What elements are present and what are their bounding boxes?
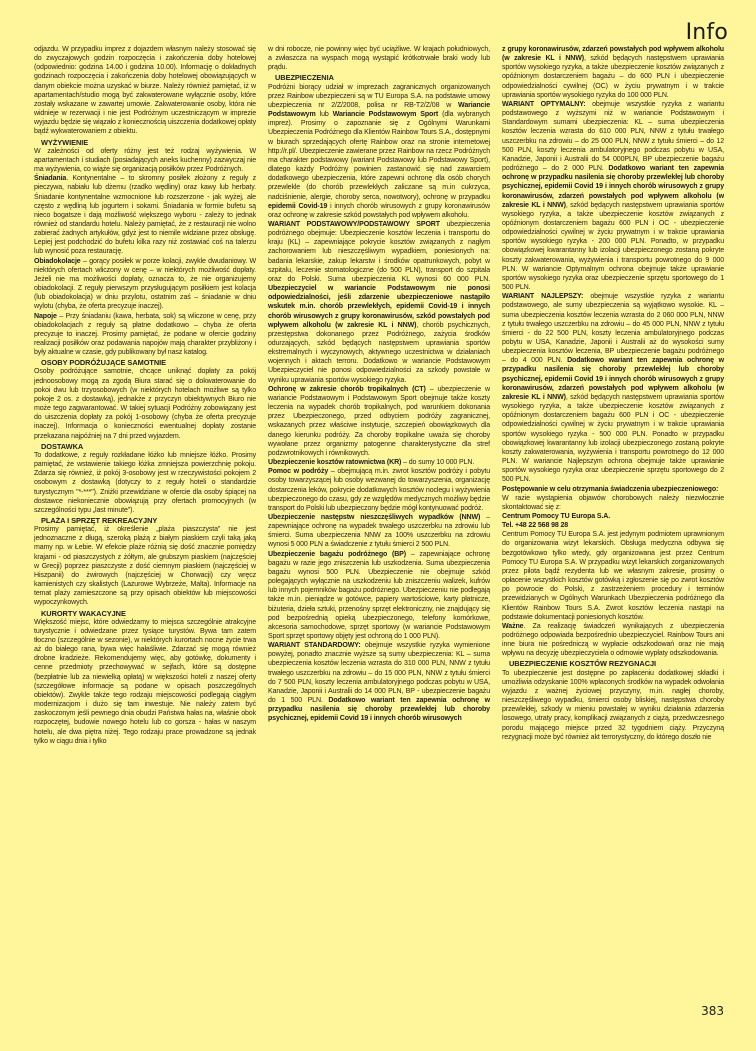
text-columns: odjazdu. W przypadku imprez z dojazdem w…	[34, 45, 724, 995]
bold-term: epidemii Covid-19	[268, 203, 327, 210]
bold-term: WARIANT PODSTAWOWY/PODSTAWOWY SPORT	[268, 221, 440, 228]
paragraph-text: . Kontynentalne – to skromny posiłek zło…	[34, 175, 256, 255]
paragraph-text: odjazdu. W przypadku imprez z dojazdem w…	[34, 46, 256, 135]
bold-term: Wariancie Podstawowym Sport	[333, 111, 438, 118]
paragraph-text: . Za realizację świadczeń wynikających z…	[502, 623, 724, 657]
paragraph: Napoje – Przy śniadaniu (kawa, herbata, …	[34, 312, 256, 358]
paragraph: W zależności od oferty różny jest też ro…	[34, 147, 256, 174]
page-number: 383	[701, 1004, 724, 1018]
bold-term: Ubezpieczenie kosztów ratownictwa (KR)	[268, 459, 401, 466]
bold-term: Pomoc w podróży	[268, 468, 328, 475]
paragraph-text: (dla wybranych imprez). Prosimy o zapozn…	[268, 111, 490, 200]
paragraph-text: – ubezpieczenie w wariancie Podstawowym …	[268, 386, 490, 457]
section-heading: KURORTY WAKACYJNE	[41, 609, 256, 618]
paragraph-text: Podróżni biorący udział w imprezach zagr…	[268, 84, 490, 109]
paragraph-text: ubezpieczenia podróżnego obejmuje: Ubezp…	[268, 221, 490, 283]
paragraph-text: To dodatkowe, z reguły rozkładane łóżko …	[34, 452, 256, 514]
column-middle: w dni robocze, nie powinny więc być ucią…	[268, 45, 490, 995]
bold-term: WARIANT NAJLEPSZY:	[502, 293, 583, 300]
paragraph: Postępowanie w celu otrzymania świadczen…	[502, 485, 724, 494]
paragraph-text: – zapewniające ochronę bagażu w razie je…	[268, 551, 490, 640]
section-heading: WYŻYWIENIE	[41, 138, 256, 147]
bold-term: Ochronę w zakresie chorób tropikalnych (…	[268, 386, 426, 393]
paragraph: Większość miejsc, które odwiedzamy to mi…	[34, 618, 256, 746]
paragraph: WARIANT OPTYMALNY: obejmuje wszystkie ry…	[502, 100, 724, 292]
paragraph: Ubezpieczenie kosztów ratownictwa (KR) –…	[268, 458, 490, 467]
paragraph-text: w dni robocze, nie powinny więc być ucią…	[268, 46, 490, 71]
bold-term: Ubezpieczenie następstw nieszczęśliwych …	[268, 514, 480, 521]
section-heading: OSOBY PODRÓŻUJĄCE SAMOTNIE	[41, 358, 256, 367]
bold-term: WARIANT STANDARDOWY:	[268, 642, 361, 649]
paragraph: Centrum Pomocy TU Europa S.A. jest jedyn…	[502, 530, 724, 622]
paragraph-text: obejmuje wszystkie ryzyka z wariantu pod…	[502, 101, 724, 172]
paragraph: To dodatkowe, z reguły rozkładane łóżko …	[34, 451, 256, 515]
section-heading: PLAŻA I SPRZĘT REKREACYJNY	[41, 516, 256, 525]
paragraph-text: – do sumy 10 000 PLN.	[401, 459, 474, 466]
bold-term: Śniadania	[34, 175, 66, 182]
paragraph-text: To ubezpieczenie jest dostępne po zapłac…	[502, 670, 724, 741]
paragraph: WARIANT NAJLEPSZY: obejmuje wszystkie ry…	[502, 292, 724, 484]
paragraph-text: obejmuje wszystkie ryzyka z wariantu pod…	[502, 293, 724, 364]
column-left: odjazdu. W przypadku imprez z dojazdem w…	[34, 45, 256, 995]
section-heading: UBEZPIECZENIA	[275, 73, 490, 82]
paragraph: Prosimy pamiętać, iż określenie „plaża p…	[34, 525, 256, 607]
paragraph: To ubezpieczenie jest dostępne po zapłac…	[502, 669, 724, 742]
bold-term: Ubezpieczenie bagażu podróżnego (BP)	[268, 551, 406, 558]
paragraph-text: , szkód będących następstwem uprawiania …	[502, 394, 724, 483]
paragraph-text: – gorący posiłek w porze kolacji, zwykle…	[34, 258, 256, 311]
bold-term: WARIANT OPTYMALNY:	[502, 101, 586, 108]
paragraph: Centrum Pomocy TU Europa S.A.	[502, 512, 724, 521]
paragraph-text: Większość miejsc, które odwiedzamy to mi…	[34, 619, 256, 745]
paragraph-text: W zależności od oferty różny jest też ro…	[34, 148, 256, 173]
paragraph: Ubezpieczenie bagażu podróżnego (BP) – z…	[268, 550, 490, 642]
section-heading: DOSTAWKA	[41, 442, 256, 451]
paragraph: Obiadokolacje – gorący posiłek w porze k…	[34, 257, 256, 312]
paragraph: w dni robocze, nie powinny więc być ucią…	[268, 45, 490, 72]
paragraph-text: W razie wystąpienia objawów chorobowych …	[502, 495, 724, 511]
paragraph: Śniadania. Kontynentalne – to skromny po…	[34, 174, 256, 256]
paragraph-text: , chorób psychicznych, przestępstwa doko…	[268, 322, 490, 384]
paragraph-text: , szkód będących następstwem uprawiania …	[502, 202, 724, 291]
paragraph: Osoby podróżujące samotnie, chcące unikn…	[34, 367, 256, 440]
paragraph: W razie wystąpienia objawów chorobowych …	[502, 494, 724, 512]
section-title: Info	[686, 20, 728, 45]
paragraph: z grupy koronawirusów, zdarzeń powstałyc…	[502, 45, 724, 100]
bold-term: Centrum Pomocy TU Europa S.A.	[502, 513, 610, 520]
paragraph: WARIANT STANDARDOWY: obejmuje wszystkie …	[268, 641, 490, 723]
paragraph: odjazdu. W przypadku imprez z dojazdem w…	[34, 45, 256, 137]
paragraph-text: lub	[316, 111, 333, 118]
paragraph-text: Osoby podróżujące samotnie, chcące unikn…	[34, 368, 256, 439]
paragraph: Ważne. Za realizację świadczeń wynikając…	[502, 622, 724, 659]
paragraph: Ubezpieczenie następstw nieszczęśliwych …	[268, 513, 490, 550]
paragraph-text: Prosimy pamiętać, iż określenie „plaża p…	[34, 526, 256, 606]
paragraph: Podróżni biorący udział w imprezach zagr…	[268, 83, 490, 220]
paragraph: Pomoc w podróży – obejmującą m.in. zwrot…	[268, 467, 490, 513]
paragraph-text: obejmuje wszystkie ryzyka wymienione pow…	[268, 642, 490, 704]
column-right: z grupy koronawirusów, zdarzeń powstałyc…	[502, 45, 724, 995]
paragraph: Ochronę w zakresie chorób tropikalnych (…	[268, 385, 490, 458]
bold-term: Postępowanie w celu otrzymania świadczen…	[502, 486, 718, 493]
paragraph-text: – Przy śniadaniu (kawa, herbata, sok) są…	[34, 313, 256, 357]
paragraph-text: Centrum Pomocy TU Europa S.A. jest jedyn…	[502, 531, 724, 620]
bold-term: Tel. +48 22 568 98 28	[502, 522, 568, 529]
bold-term: Obiadokolacje	[34, 258, 81, 265]
bold-term: Ważne	[502, 623, 523, 630]
bold-term: Napoje	[34, 313, 57, 320]
paragraph: WARIANT PODSTAWOWY/PODSTAWOWY SPORT ubez…	[268, 220, 490, 385]
section-heading: UBEZPIECZENIE KOSZTÓW REZYGNACJI	[509, 659, 724, 668]
paragraph: Tel. +48 22 568 98 28	[502, 521, 724, 530]
